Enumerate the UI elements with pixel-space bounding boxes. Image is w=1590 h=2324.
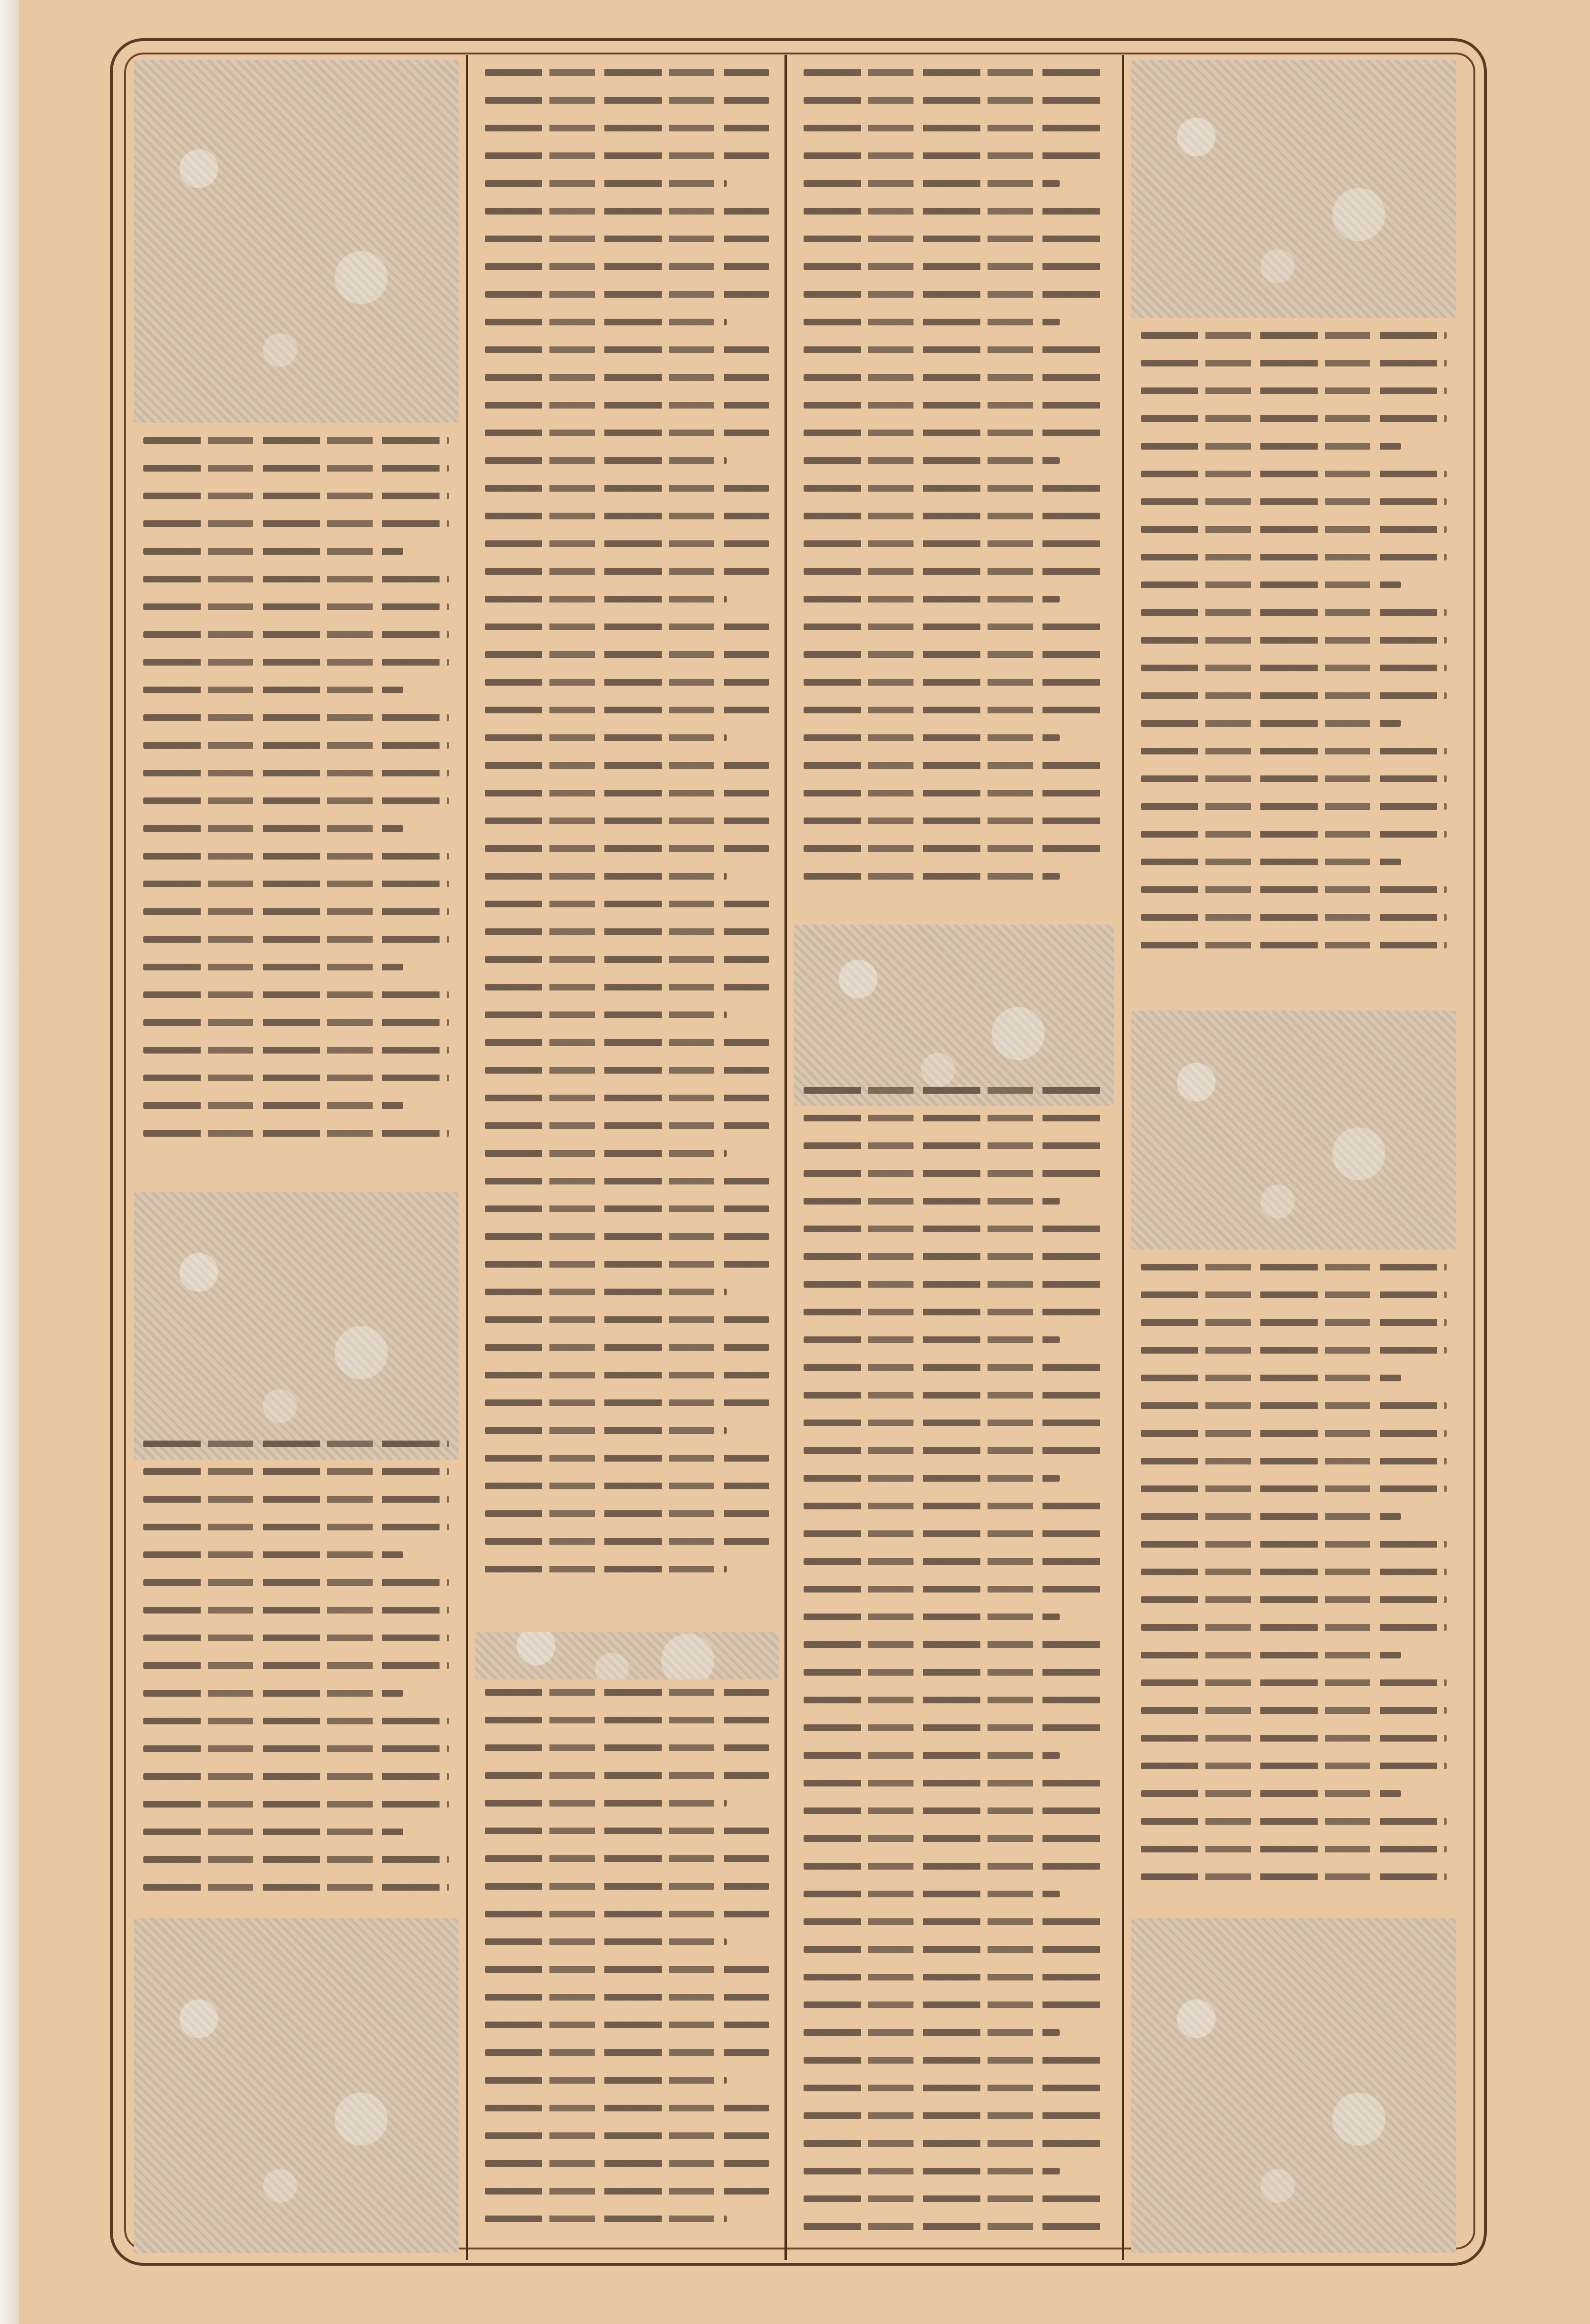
- illegible-text-line: [804, 319, 1060, 325]
- decorative-floral-panel: [134, 1192, 459, 1460]
- illegible-text-line: [1141, 1735, 1447, 1742]
- illegible-text-line: [485, 624, 769, 630]
- illegible-text-line: [804, 596, 1060, 603]
- illegible-text-line: [1141, 1846, 1447, 1852]
- illegible-text-line: [1141, 1596, 1447, 1603]
- illegible-text-line: [804, 1530, 1105, 1537]
- illegible-text-line: [804, 1475, 1060, 1482]
- illegible-text-line: [485, 180, 727, 187]
- illegible-text-line: [804, 1641, 1105, 1648]
- illegible-text-line: [804, 1115, 1105, 1121]
- illegible-text-line: [143, 1829, 403, 1835]
- illegible-text-line: [804, 1974, 1105, 1980]
- illegible-text-line: [485, 2132, 769, 2139]
- illegible-text-line: [143, 1635, 449, 1641]
- column-2: [471, 55, 784, 2259]
- illegible-text-block: [485, 69, 769, 1593]
- illegible-text-line: [804, 2168, 1060, 2174]
- illegible-text-line: [485, 1855, 769, 1862]
- illegible-text-line: [485, 2216, 727, 2222]
- illegible-text-line: [485, 374, 769, 381]
- illegible-text-line: [485, 97, 769, 104]
- illegible-text-line: [804, 1891, 1060, 1897]
- illegible-text-line: [1141, 1763, 1447, 1769]
- decorative-floral-panel: [1131, 60, 1456, 318]
- illegible-text-line: [1141, 387, 1447, 394]
- illegible-text-line: [804, 1586, 1105, 1592]
- illegible-text-line: [1141, 1319, 1447, 1326]
- illegible-text-line: [804, 1863, 1105, 1870]
- illegible-text-line: [485, 402, 769, 409]
- illegible-text-line: [804, 1447, 1105, 1454]
- illegible-text-line: [485, 2160, 769, 2167]
- illegible-text-line: [485, 568, 769, 575]
- illegible-text-line: [485, 1772, 769, 1779]
- illegible-text-line: [143, 520, 449, 527]
- decorative-floral-panel: [475, 1632, 779, 1679]
- illegible-text-line: [485, 1039, 769, 1046]
- illegible-text-line: [1141, 1541, 1447, 1548]
- decorative-floral-panel: [1131, 1918, 1456, 2253]
- illegible-text-line: [804, 2001, 1105, 2008]
- illegible-text-line: [143, 714, 449, 721]
- illegible-text-line: [804, 679, 1105, 686]
- illegible-text-line: [143, 603, 449, 610]
- illegible-text-line: [485, 1483, 769, 1489]
- illegible-text-line: [804, 762, 1105, 769]
- illegible-text-line: [804, 513, 1105, 519]
- illegible-text-line: [485, 2077, 727, 2084]
- illegible-text-line: [1141, 609, 1447, 616]
- illegible-text-line: [804, 2223, 1105, 2230]
- illegible-text-line: [1141, 942, 1447, 948]
- decorative-floral-panel: [134, 60, 459, 423]
- column-rule: [784, 55, 787, 2260]
- illegible-text-line: [485, 125, 769, 131]
- illegible-text-line: [485, 291, 769, 298]
- illegible-text-line: [804, 69, 1105, 76]
- illegible-text-line: [804, 1226, 1105, 1232]
- illegible-text-line: [1141, 1818, 1447, 1825]
- illegible-text-line: [1141, 443, 1401, 450]
- illegible-text-line: [485, 1828, 769, 1834]
- illegible-text-line: [485, 1938, 727, 1945]
- illegible-text-line: [143, 742, 449, 749]
- illegible-text-line: [485, 1233, 769, 1240]
- illegible-text-line: [804, 2195, 1105, 2202]
- illegible-text-line: [804, 1142, 1105, 1149]
- illegible-text-line: [804, 1309, 1105, 1315]
- illegible-text-line: [804, 457, 1060, 464]
- illegible-text-line: [804, 624, 1105, 630]
- illegible-text-line: [143, 881, 449, 887]
- illegible-text-line: [804, 1724, 1105, 1731]
- illegible-text-line: [143, 687, 403, 693]
- illegible-text-line: [804, 790, 1105, 796]
- illegible-text-line: [485, 845, 769, 852]
- illegible-text-line: [1141, 720, 1401, 727]
- illegible-text-line: [804, 1669, 1105, 1676]
- illegible-text-line: [485, 430, 769, 436]
- column-rule: [1122, 55, 1124, 2260]
- illegible-text-line: [804, 1752, 1060, 1759]
- illegible-text-line: [804, 1253, 1105, 1260]
- illegible-text-line: [485, 1122, 769, 1129]
- illegible-text-line: [143, 770, 449, 776]
- illegible-text-line: [1141, 803, 1447, 810]
- illegible-text-line: [804, 1392, 1105, 1399]
- illegible-text-line: [143, 1690, 403, 1697]
- illegible-text-line: [1141, 360, 1447, 366]
- page-margin: [0, 0, 19, 2324]
- illegible-text-line: [804, 1808, 1105, 1814]
- illegible-text-line: [804, 236, 1105, 242]
- illegible-text-line: [804, 1780, 1105, 1786]
- illegible-text-line: [485, 1011, 727, 1018]
- decorative-floral-panel: [1131, 1011, 1456, 1249]
- illegible-text-block: [143, 437, 449, 1158]
- illegible-text-line: [143, 1551, 403, 1558]
- illegible-text-line: [1141, 554, 1447, 560]
- illegible-text-line: [143, 1496, 449, 1503]
- illegible-text-line: [143, 1662, 449, 1669]
- illegible-text-line: [1141, 1513, 1401, 1520]
- illegible-text-line: [1141, 498, 1447, 505]
- illegible-text-line: [804, 208, 1105, 215]
- illegible-text-line: [804, 1835, 1105, 1842]
- illegible-text-line: [485, 540, 769, 547]
- illegible-text-line: [804, 402, 1105, 409]
- illegible-text-line: [485, 1205, 769, 1212]
- illegible-text-line: [485, 1289, 727, 1295]
- illegible-text-line: [485, 1095, 769, 1101]
- illegible-text-line: [485, 1372, 769, 1378]
- illegible-text-line: [143, 1745, 449, 1752]
- illegible-text-line: [485, 208, 769, 215]
- illegible-text-line: [485, 1566, 727, 1572]
- illegible-text-line: [143, 964, 403, 970]
- illegible-text-line: [804, 485, 1105, 492]
- illegible-text-line: [485, 1689, 769, 1696]
- illegible-text-line: [143, 465, 449, 472]
- illegible-text-line: [1141, 1347, 1447, 1354]
- illegible-text-line: [804, 568, 1105, 575]
- illegible-text-line: [804, 1420, 1105, 1426]
- illegible-text-line: [143, 659, 449, 666]
- illegible-text-line: [485, 1744, 769, 1751]
- illegible-text-line: [1141, 471, 1447, 477]
- illegible-text-line: [804, 1558, 1105, 1565]
- illegible-text-line: [1141, 692, 1447, 699]
- illegible-text-line: [485, 2105, 769, 2111]
- illegible-text-line: [143, 1524, 449, 1530]
- illegible-text-line: [485, 1399, 769, 1406]
- illegible-text-line: [1141, 665, 1447, 671]
- illegible-text-line: [485, 319, 727, 325]
- illegible-text-line: [804, 651, 1105, 658]
- illegible-text-line: [1141, 415, 1447, 422]
- illegible-text-line: [143, 797, 449, 804]
- illegible-text-line: [485, 1178, 769, 1184]
- illegible-text-line: [143, 1801, 449, 1808]
- illegible-text-line: [804, 1336, 1060, 1343]
- illegible-text-line: [485, 513, 769, 519]
- illegible-text-line: [485, 1455, 769, 1462]
- illegible-text-line: [485, 984, 769, 990]
- illegible-text-line: [804, 2085, 1105, 2091]
- illegible-text-line: [1141, 637, 1447, 644]
- illegible-text-line: [485, 1911, 769, 1917]
- illegible-text-line: [143, 1718, 449, 1724]
- illegible-text-line: [485, 236, 769, 242]
- illegible-text-line: [804, 1918, 1105, 1925]
- illegible-text-line: [804, 263, 1105, 270]
- illegible-text-line: [804, 97, 1105, 104]
- illegible-text-line: [1141, 914, 1447, 921]
- illegible-text-block: [1141, 332, 1447, 969]
- illegible-text-line: [804, 346, 1105, 353]
- illegible-text-line: [1141, 1375, 1401, 1381]
- illegible-text-line: [143, 1607, 449, 1614]
- illegible-text-line: [1141, 1679, 1447, 1686]
- illegible-text-block: [485, 1689, 769, 2243]
- column-rule: [466, 55, 468, 2260]
- illegible-text-line: [485, 2049, 769, 2056]
- illegible-text-line: [804, 1503, 1105, 1509]
- illegible-text-line: [143, 548, 403, 555]
- illegible-text-line: [485, 1800, 727, 1807]
- illegible-text-line: [143, 493, 449, 499]
- illegible-text-line: [804, 291, 1105, 298]
- illegible-text-line: [1141, 1873, 1447, 1880]
- illegible-text-line: [485, 152, 769, 159]
- illegible-text-line: [1141, 1402, 1447, 1409]
- illegible-text-line: [143, 908, 449, 915]
- illegible-text-line: [804, 1170, 1105, 1177]
- illegible-text-line: [485, 1966, 769, 1973]
- illegible-text-line: [804, 1281, 1105, 1288]
- illegible-text-line: [804, 1198, 1060, 1205]
- illegible-text-block: [143, 1441, 449, 1912]
- illegible-text-line: [143, 1102, 403, 1109]
- illegible-text-line: [804, 845, 1105, 852]
- illegible-text-line: [804, 1087, 1105, 1094]
- illegible-text-line: [1141, 1264, 1447, 1270]
- illegible-text-line: [804, 152, 1105, 159]
- column-3: [789, 55, 1119, 2259]
- illegible-text-line: [485, 346, 769, 353]
- illegible-text-line: [485, 1067, 769, 1074]
- illegible-text-line: [1141, 1569, 1447, 1575]
- illegible-text-line: [143, 631, 449, 638]
- illegible-text-line: [485, 69, 769, 76]
- illegible-text-line: [1141, 748, 1447, 754]
- illegible-text-line: [485, 1994, 769, 2001]
- illegible-text-line: [485, 1344, 769, 1351]
- illegible-text-line: [804, 1946, 1105, 1953]
- illegible-text-line: [485, 457, 727, 464]
- illegible-text-line: [485, 485, 769, 492]
- illegible-text-line: [804, 2057, 1105, 2064]
- illegible-text-line: [804, 180, 1060, 187]
- illegible-text-line: [485, 956, 769, 963]
- illegible-text-line: [485, 263, 769, 270]
- illegible-text-line: [804, 2140, 1105, 2147]
- illegible-text-line: [143, 1441, 449, 1447]
- illegible-text-line: [485, 679, 769, 686]
- illegible-text-line: [485, 873, 727, 880]
- decorative-floral-panel: [134, 1918, 459, 2253]
- illegible-text-line: [1141, 1652, 1401, 1658]
- illegible-text-line: [143, 576, 449, 582]
- illegible-text-line: [1141, 831, 1447, 838]
- illegible-text-line: [143, 1047, 449, 1054]
- illegible-text-block: [804, 69, 1105, 901]
- illegible-text-line: [485, 651, 769, 658]
- illegible-text-line: [1141, 775, 1447, 782]
- illegible-text-line: [804, 1697, 1105, 1703]
- illegible-text-line: [485, 596, 727, 603]
- illegible-text-line: [143, 991, 449, 998]
- illegible-text-line: [804, 540, 1105, 547]
- illegible-text-line: [485, 818, 769, 824]
- illegible-text-line: [143, 1884, 449, 1891]
- decorative-floral-panel: [794, 925, 1114, 1106]
- illegible-text-line: [804, 125, 1105, 131]
- illegible-text-line: [143, 936, 449, 943]
- column-4: [1127, 55, 1461, 2259]
- illegible-text-line: [143, 1075, 449, 1081]
- illegible-text-line: [1141, 1624, 1447, 1631]
- illegible-text-line: [804, 2029, 1060, 2036]
- illegible-text-line: [1141, 1430, 1447, 1437]
- illegible-text-line: [485, 1538, 769, 1545]
- illegible-text-line: [485, 1883, 769, 1890]
- illegible-text-line: [804, 1364, 1105, 1371]
- illegible-text-line: [1141, 1707, 1447, 1714]
- illegible-text-line: [804, 818, 1105, 824]
- illegible-text-line: [1141, 1790, 1401, 1797]
- illegible-text-line: [1141, 859, 1401, 865]
- illegible-text-line: [1141, 332, 1447, 339]
- illegible-text-line: [804, 2112, 1105, 2119]
- illegible-text-line: [1141, 1291, 1447, 1298]
- illegible-text-line: [143, 1468, 449, 1475]
- illegible-text-line: [485, 762, 769, 769]
- illegible-text-line: [143, 1130, 449, 1137]
- illegible-text-line: [485, 1717, 769, 1723]
- illegible-text-line: [485, 2022, 769, 2028]
- illegible-text-line: [485, 734, 727, 741]
- illegible-text-line: [143, 853, 449, 860]
- illegible-text-line: [485, 901, 769, 907]
- illegible-text-line: [804, 430, 1105, 436]
- illegible-text-line: [804, 707, 1105, 713]
- illegible-text-line: [804, 734, 1060, 741]
- illegible-text-line: [1141, 886, 1447, 893]
- illegible-text-line: [804, 873, 1060, 880]
- illegible-text-line: [485, 707, 769, 713]
- illegible-text-line: [485, 2188, 769, 2195]
- illegible-text-block: [1141, 1264, 1447, 1901]
- illegible-text-line: [1141, 526, 1447, 533]
- illegible-text-line: [143, 1579, 449, 1586]
- illegible-text-line: [143, 1773, 449, 1780]
- illegible-text-line: [485, 1427, 727, 1434]
- illegible-text-line: [143, 1856, 449, 1863]
- illegible-text-line: [485, 790, 769, 796]
- illegible-text-line: [804, 1614, 1060, 1620]
- illegible-text-line: [143, 437, 449, 444]
- illegible-text-line: [485, 1510, 769, 1517]
- illegible-text-line: [1141, 1458, 1447, 1464]
- illegible-text-line: [485, 1150, 727, 1157]
- illegible-text-line: [804, 374, 1105, 381]
- illegible-text-line: [485, 1261, 769, 1268]
- illegible-text-line: [1141, 1485, 1447, 1492]
- illegible-text-block: [804, 1087, 1105, 2251]
- illegible-text-line: [485, 1316, 769, 1323]
- illegible-text-line: [143, 825, 403, 832]
- illegible-text-line: [1141, 581, 1401, 588]
- column-1: [129, 55, 463, 2259]
- illegible-text-line: [143, 1019, 449, 1026]
- illegible-text-line: [485, 928, 769, 935]
